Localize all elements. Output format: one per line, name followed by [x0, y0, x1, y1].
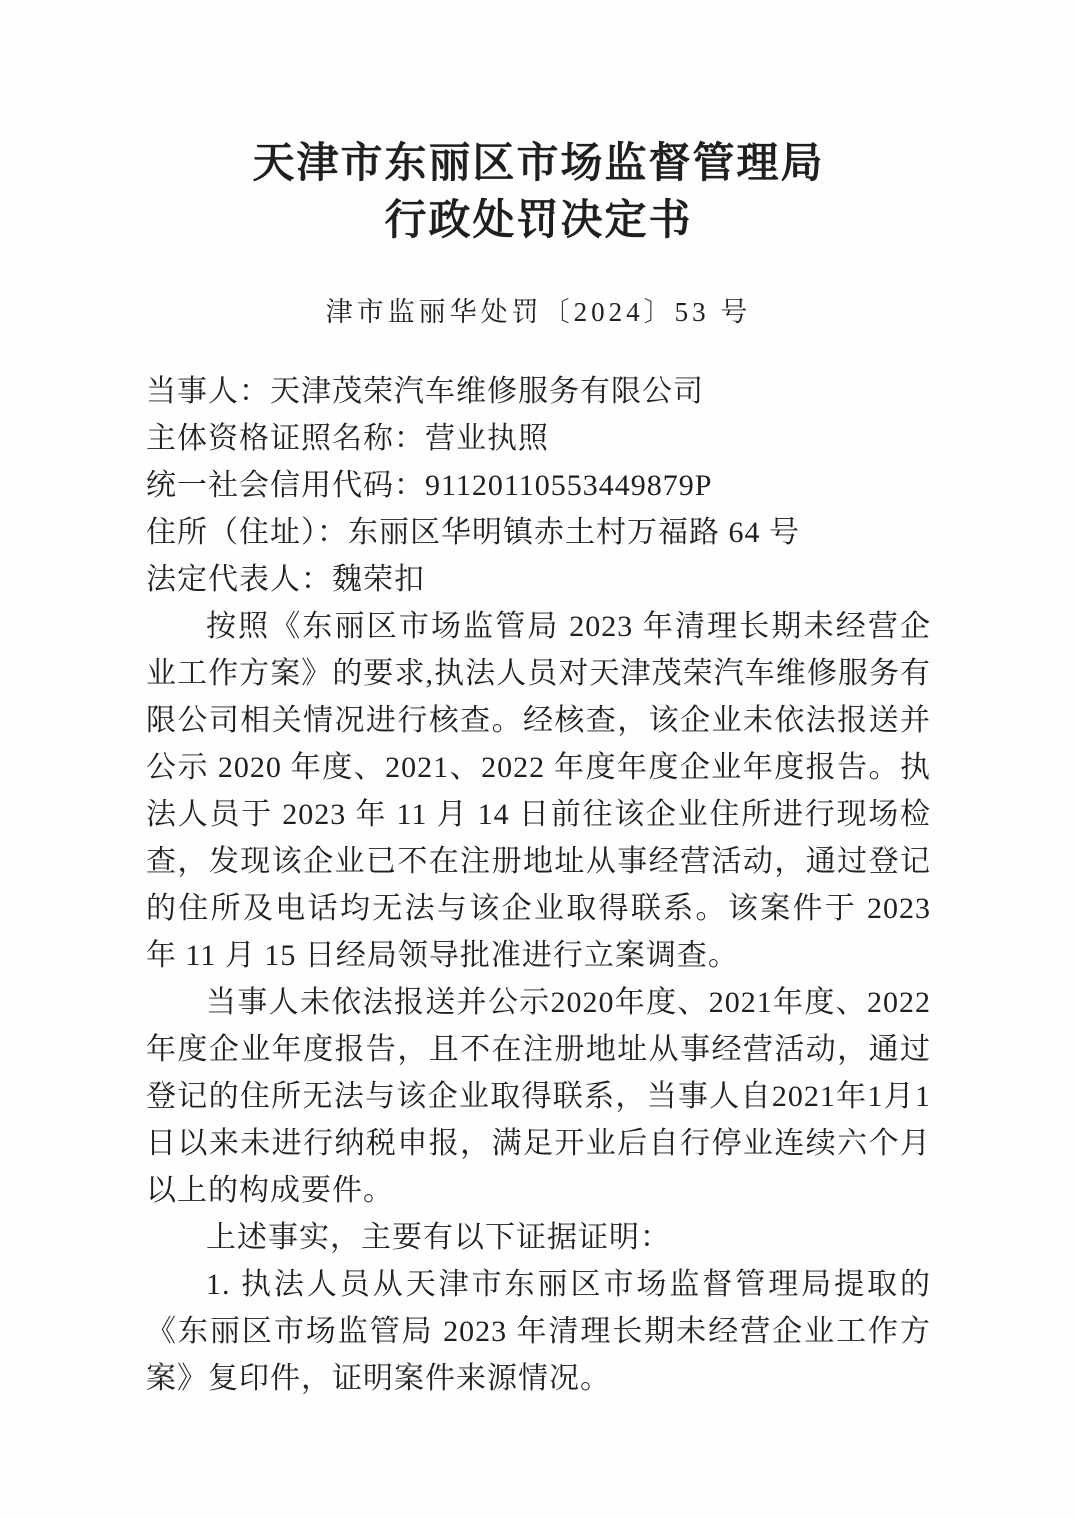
field-credit-code: 统一社会信用代码：91120110553449879P [146, 462, 931, 509]
field-legal-representative-label: 法定代表人： [146, 563, 332, 596]
field-license-type: 主体资格证照名称：营业执照 [146, 415, 931, 462]
field-party: 当事人：天津茂荣汽车维修服务有限公司 [146, 368, 931, 415]
field-party-label: 当事人： [146, 375, 270, 408]
field-address: 住所（住址）：东丽区华明镇赤土村万福路 64 号 [146, 509, 931, 556]
field-address-label: 住所（住址）： [146, 516, 348, 549]
field-party-value: 天津茂荣汽车维修服务有限公司 [270, 375, 704, 408]
field-legal-representative-value: 魏荣扣 [332, 563, 425, 596]
paragraph-findings: 当事人未依法报送并公示2020年度、2021年度、2022年度企业年度报告，且不… [146, 979, 931, 1214]
field-license-type-value: 营业执照 [425, 422, 549, 455]
paragraph-case-origin: 按照《东丽区市场监管局 2023 年清理长期未经营企业工作方案》的要求,执法人员… [146, 603, 931, 979]
paragraph-evidence-item-1: 1. 执法人员从天津市东丽区市场监督管理局提取的《东丽区市场监管局 2023 年… [146, 1261, 931, 1402]
field-legal-representative: 法定代表人：魏荣扣 [146, 556, 931, 603]
field-credit-code-label: 统一社会信用代码： [146, 469, 425, 502]
document-title-line1: 天津市东丽区市场监督管理局 [146, 136, 931, 193]
field-license-type-label: 主体资格证照名称： [146, 422, 425, 455]
field-address-value: 东丽区华明镇赤土村万福路 64 号 [348, 516, 800, 549]
field-credit-code-value: 91120110553449879P [425, 469, 712, 502]
paragraph-evidence-intro: 上述事实，主要有以下证据证明： [146, 1214, 931, 1261]
document-body: 当事人：天津茂荣汽车维修服务有限公司 主体资格证照名称：营业执照 统一社会信用代… [146, 368, 931, 1402]
document-title-line2: 行政处罚决定书 [146, 193, 931, 250]
document-number: 津市监丽华处罚〔2024〕53 号 [146, 296, 931, 328]
document-page: 天津市东丽区市场监督管理局 行政处罚决定书 津市监丽华处罚〔2024〕53 号 … [0, 0, 1075, 1518]
document-title: 天津市东丽区市场监督管理局 行政处罚决定书 [146, 136, 931, 250]
